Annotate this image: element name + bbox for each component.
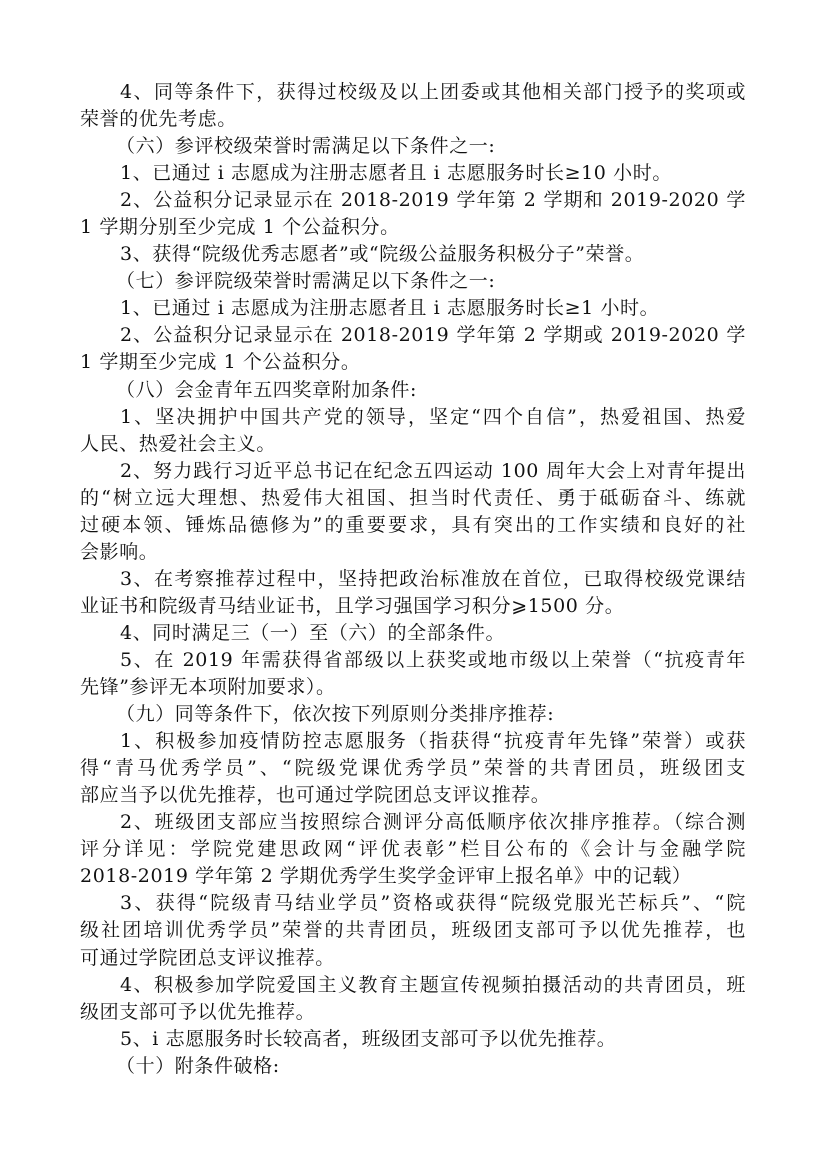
paragraph-line: 4、积极参加学院爱国主义教育主题宣传视频拍摄活动的共青团员，班 bbox=[80, 972, 746, 999]
section-heading-line: （八）会金青年五四奖章附加条件: bbox=[80, 377, 746, 404]
paragraph-line: 2018-2019 学年第 2 学期优秀学生奖学金评审上报名单》中的记载） bbox=[80, 863, 746, 890]
paragraph-line: 级社团培训优秀学员”荣誉的共青团员，班级团支部可予以优先推荐，也 bbox=[80, 917, 746, 944]
paragraph-line: 1 学期分别至少完成 1 个公益积分。 bbox=[80, 214, 746, 241]
paragraph-line: 4、同等条件下，获得过校级及以上团委或其他相关部门授予的奖项或 bbox=[80, 79, 746, 106]
paragraph-line: 级团支部可予以优先推荐。 bbox=[80, 999, 746, 1026]
paragraph-line: 1 学期至少完成 1 个公益积分。 bbox=[80, 349, 746, 376]
paragraph-line: 荣誉的优先考虑。 bbox=[80, 106, 746, 133]
paragraph-line: 2、努力践行习近平总书记在纪念五四运动 100 周年大会上对青年提出 bbox=[80, 458, 746, 485]
paragraph-line: 1、积极参加疫情防控志愿服务（指获得“抗疫青年先锋”荣誉）或获 bbox=[80, 728, 746, 755]
paragraph-line: 3、获得“院级青马结业学员”资格或获得“院级党服光芒标兵”、“院 bbox=[80, 890, 746, 917]
paragraph-line: 可通过学院团总支评议推荐。 bbox=[80, 945, 746, 972]
document-body: 4、同等条件下，获得过校级及以上团委或其他相关部门授予的奖项或荣誉的优先考虑。（… bbox=[80, 79, 746, 1080]
paragraph-line: 部应当予以优先推荐，也可通过学院团总支评议推荐。 bbox=[80, 782, 746, 809]
paragraph-line: 1、已通过 i 志愿成为注册志愿者且 i 志愿服务时长≥1 小时。 bbox=[80, 295, 746, 322]
paragraph-line: 的“树立远大理想、热爱伟大祖国、担当时代责任、勇于砥砺奋斗、练就 bbox=[80, 485, 746, 512]
section-heading-line: （十）附条件破格: bbox=[80, 1053, 746, 1080]
paragraph-line: 3、获得“院级优秀志愿者”或“院级公益服务积极分子”荣誉。 bbox=[80, 241, 746, 268]
paragraph-line: 会影响。 bbox=[80, 539, 746, 566]
paragraph-line: 评分详见：学院党建思政网“评优表彰”栏目公布的《会计与金融学院 bbox=[80, 836, 746, 863]
paragraph-line: 先锋”参评无本项附加要求）。 bbox=[80, 674, 746, 701]
paragraph-line: 人民、热爱社会主义。 bbox=[80, 431, 746, 458]
document-page: 4、同等条件下，获得过校级及以上团委或其他相关部门授予的奖项或荣誉的优先考虑。（… bbox=[0, 0, 827, 1169]
paragraph-line: 1、坚决拥护中国共产党的领导，坚定“四个自信”，热爱祖国、热爱 bbox=[80, 404, 746, 431]
paragraph-line: 2、公益积分记录显示在 2018-2019 学年第 2 学期和 2019-202… bbox=[80, 187, 746, 214]
paragraph-line: 5、i 志愿服务时长较高者，班级团支部可予以优先推荐。 bbox=[80, 1026, 746, 1053]
paragraph-line: 2、公益积分记录显示在 2018-2019 学年第 2 学期或 2019-202… bbox=[80, 322, 746, 349]
paragraph-line: 4、同时满足三（一）至（六）的全部条件。 bbox=[80, 620, 746, 647]
paragraph-line: 得“青马优秀学员”、“院级党课优秀学员”荣誉的共青团员，班级团支 bbox=[80, 755, 746, 782]
section-heading-line: （九）同等条件下，依次按下列原则分类排序推荐: bbox=[80, 701, 746, 728]
paragraph-line: 3、在考察推荐过程中，坚持把政治标准放在首位，已取得校级党课结 bbox=[80, 566, 746, 593]
paragraph-line: 过硬本领、锤炼品德修为”的重要要求，具有突出的工作实绩和良好的社 bbox=[80, 512, 746, 539]
paragraph-line: 2、班级团支部应当按照综合测评分高低顺序依次排序推荐。（综合测 bbox=[80, 809, 746, 836]
section-heading-line: （七）参评院级荣誉时需满足以下条件之一: bbox=[80, 268, 746, 295]
section-heading-line: （六）参评校级荣誉时需满足以下条件之一: bbox=[80, 133, 746, 160]
paragraph-line: 5、在 2019 年需获得省部级以上获奖或地市级以上荣誉（“抗疫青年 bbox=[80, 647, 746, 674]
paragraph-line: 业证书和院级青马结业证书，且学习强国学习积分⩾1500 分。 bbox=[80, 593, 746, 620]
paragraph-line: 1、已通过 i 志愿成为注册志愿者且 i 志愿服务时长≥10 小时。 bbox=[80, 160, 746, 187]
